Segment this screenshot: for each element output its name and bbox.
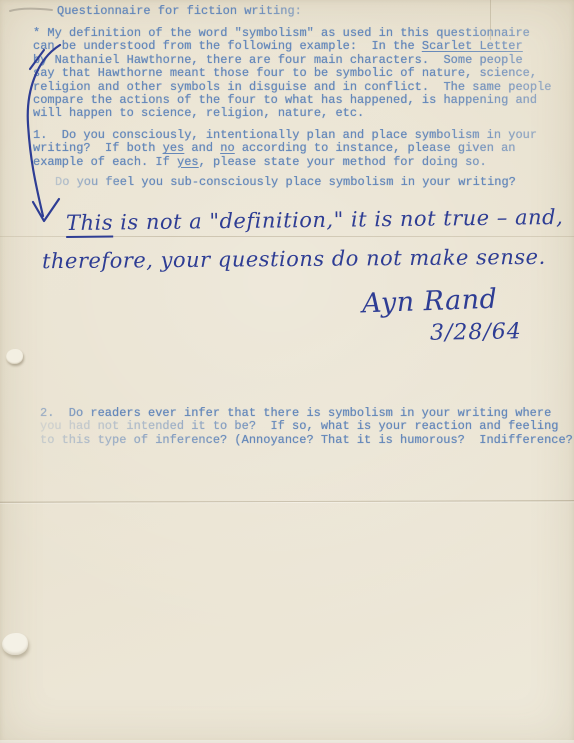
question2-text-line: 2. Do readers ever infer that there is s… (40, 407, 574, 420)
sub-question-line: Do you feel you sub-consciously place sy… (55, 176, 516, 189)
sub-question: Do you feel you sub-consciously place sy… (55, 176, 516, 189)
document-title: Questionnaire for fiction writing: (57, 5, 302, 18)
scanned-questionnaire-page: Questionnaire for fiction writing: * My … (0, 0, 574, 743)
handwritten-date: 3/28/64 (430, 319, 522, 346)
handwritten-note-line-1: This is not a "definition," it is not tr… (66, 205, 563, 235)
intro-text-line: say that Hawthorne meant those four to b… (33, 67, 551, 80)
question-1: 1. Do you consciously, intentionally pla… (33, 129, 537, 169)
intro-paragraph: * My definition of the word "symbolism" … (33, 27, 551, 121)
handwritten-note-line-2: therefore, your questions do not make se… (42, 245, 546, 273)
question1-text-line: writing? If both yes and no according to… (33, 142, 537, 155)
question-2: 2. Do readers ever infer that there is s… (40, 407, 574, 447)
punch-hole-lower (2, 633, 28, 655)
signature: Ayn Rand (362, 284, 498, 320)
title-line: Questionnaire for fiction writing: (57, 5, 302, 18)
intro-text-line: religion and other symbols in disguise a… (33, 81, 551, 94)
question1-text-line: example of each. If yes, please state yo… (33, 156, 537, 169)
arrowhead-icon (33, 199, 59, 221)
pencil-dash-icon (10, 9, 52, 11)
intro-text-line: can be understood from the following exa… (33, 40, 551, 53)
question2-text-line: you had not intended it to be? If so, wh… (40, 420, 574, 433)
question2-text-line: to this type of inference? (Annoyance? T… (40, 434, 574, 447)
intro-text-line: will happen to science, religion, nature… (33, 107, 551, 120)
punch-hole-upper (6, 349, 23, 364)
fold-crease-lower (0, 500, 574, 503)
